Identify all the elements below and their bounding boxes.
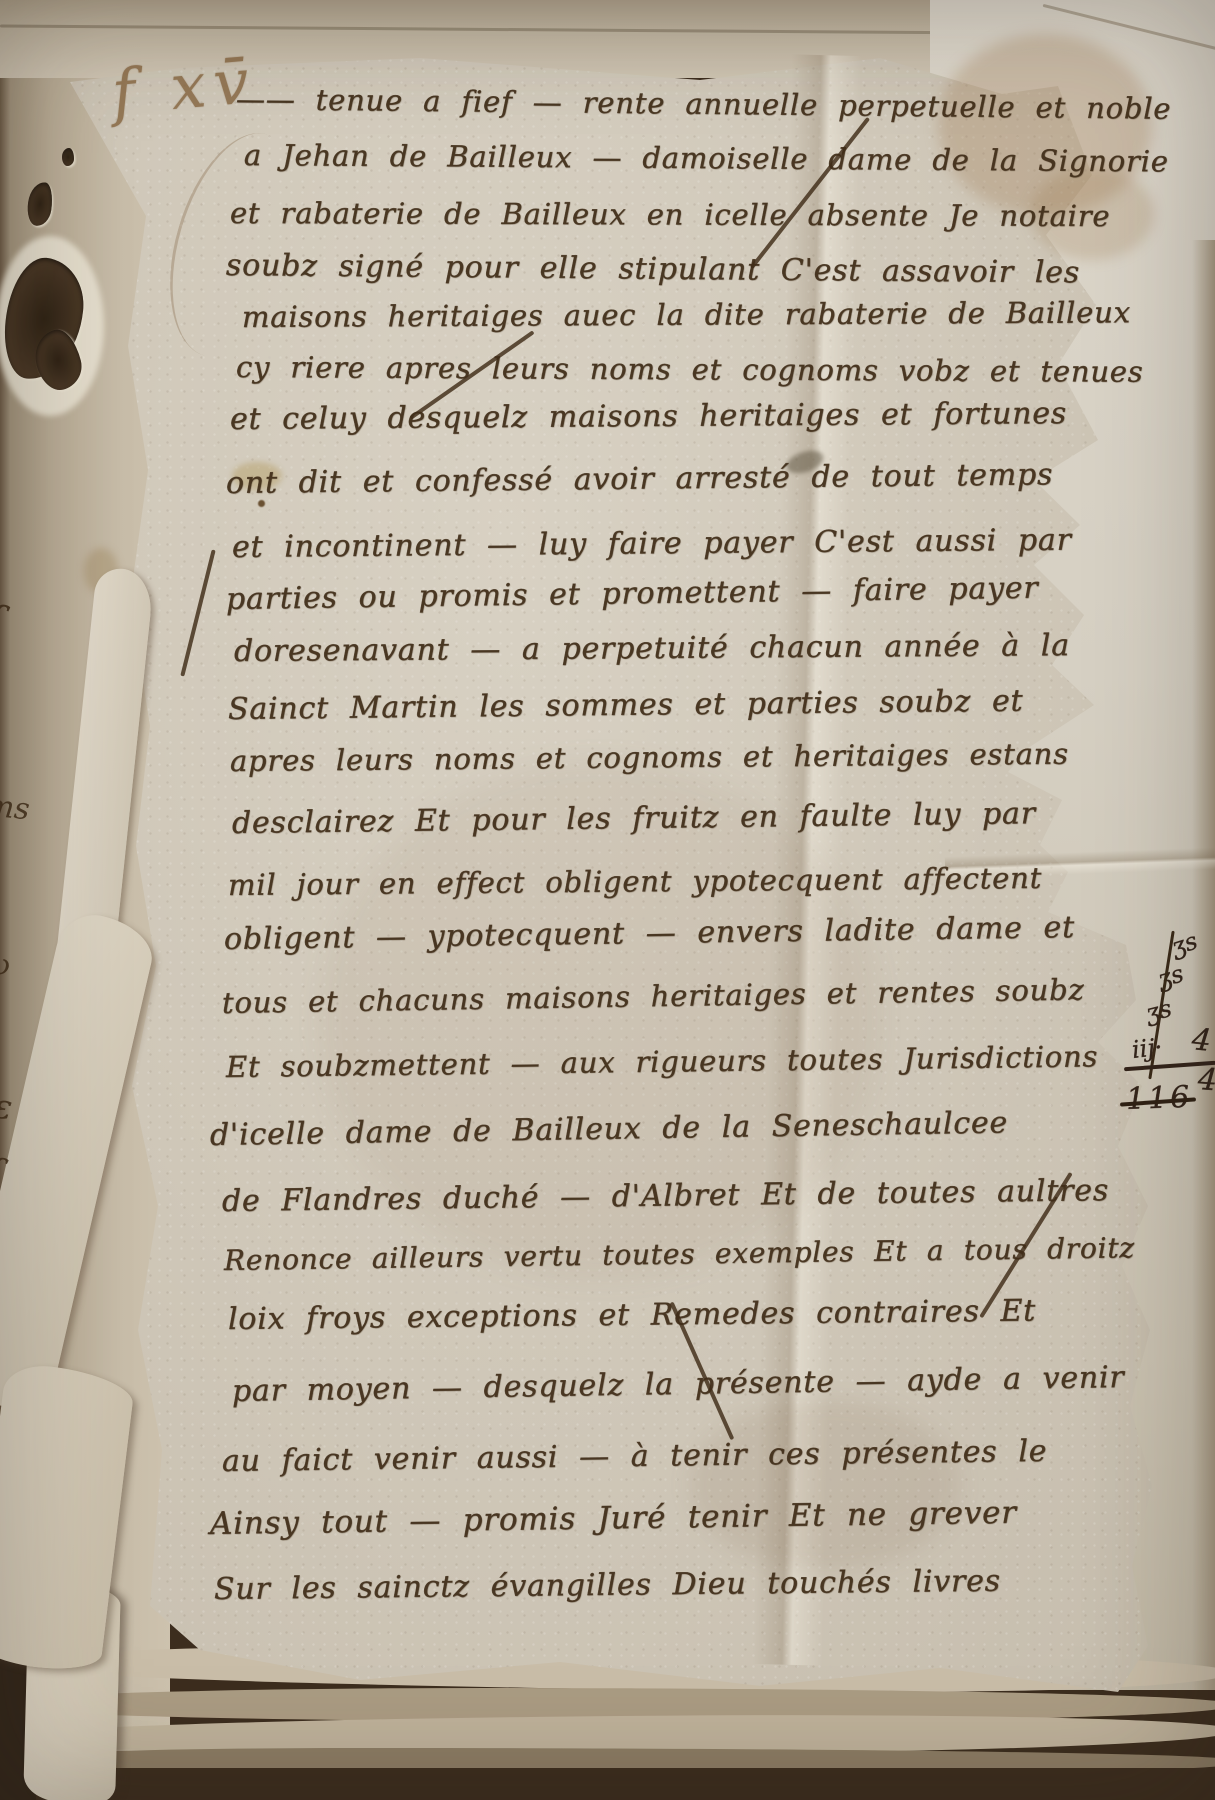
manuscript-photo: f xv̄ —— tenue a fief — rente annuelle p… xyxy=(0,0,1215,1800)
left-edge-fragment-3: ʋ xyxy=(0,946,12,983)
left-edge-fragment-1: ʃ xyxy=(0,597,6,644)
left-edge-fragments: ʃmsʋɛʃ xyxy=(0,0,1215,1800)
left-edge-fragment-2: ms xyxy=(0,788,31,827)
left-edge-fragment-4: ɛ xyxy=(0,1086,15,1128)
left-edge-fragment-5: ʃ xyxy=(0,1151,5,1193)
